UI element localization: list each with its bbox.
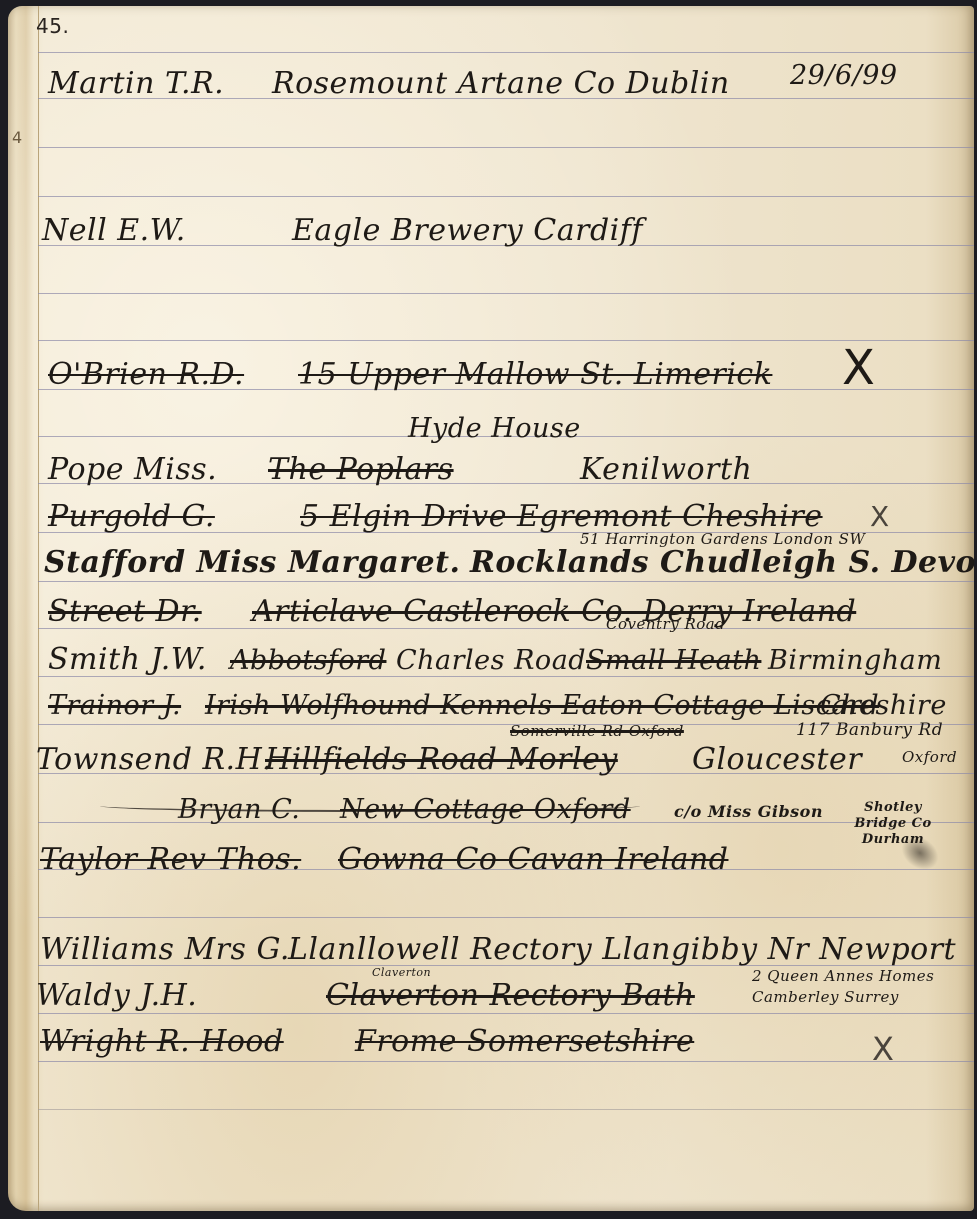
entry-address: 15 Upper Mallow St. Limerick — [298, 357, 772, 392]
entry-county-alt: Oxford — [902, 748, 957, 766]
page-binding-edge — [8, 6, 39, 1211]
entry-county: Gloucester — [692, 742, 862, 777]
entry-address: Llanllowell Rectory Llangibby Nr Newport — [288, 932, 956, 967]
ruled-line — [38, 340, 974, 341]
entry-address-struck: New Cottage Oxford — [340, 794, 631, 825]
entry-address: Gowna Co Cavan Ireland — [338, 842, 728, 877]
entry-town: Kenilworth — [580, 452, 752, 487]
entry-address-insert: Hyde House — [408, 413, 581, 444]
entry-name: Pope Miss. — [48, 452, 217, 487]
entry-name: Nell E.W. — [42, 213, 186, 248]
ruled-line — [38, 917, 974, 918]
entry-address: Frome Somersetshire — [355, 1024, 694, 1059]
entry-name: Bryan C. — [178, 794, 300, 825]
entry-address: 5 Elgin Drive Egremont Cheshire — [300, 499, 823, 534]
entry-name: Martin T.R. — [48, 66, 224, 101]
entry-name: Williams Mrs G. — [40, 932, 290, 967]
ruled-line — [38, 581, 974, 582]
ruled-line — [38, 196, 974, 197]
ruled-line — [38, 1109, 974, 1110]
ruled-line — [38, 1061, 974, 1062]
ruled-line — [38, 52, 974, 53]
entry-name: Street Dr. — [48, 594, 202, 629]
entry-address: Articlave Castlerock Co. Derry Ireland — [252, 594, 856, 629]
entry-address-struck: Irish Wolfhound Kennels Eaton Cottage Li… — [205, 690, 879, 721]
entry-address: Eagle Brewery Cardiff — [292, 213, 643, 248]
entry-alt-address-line1: 2 Queen Annes Homes — [752, 967, 934, 985]
entry-county: Cheshire — [820, 690, 947, 721]
entry-alt-address: Shotley Bridge Co Durham — [838, 800, 948, 848]
entry-name: Purgold G. — [48, 499, 215, 534]
entry-insert: 117 Banbury Rd — [796, 720, 943, 740]
entry-name: Waldy J.H. — [36, 978, 197, 1013]
entry-insert-struck: Somerville Rd Oxford — [510, 722, 684, 740]
entry-name: Smith J.W. — [48, 642, 207, 677]
ruled-line — [38, 147, 974, 148]
entry-district-struck: Small Heath — [586, 645, 761, 676]
entry-address-struck: The Poplars — [268, 452, 454, 487]
ruled-line — [38, 1013, 974, 1014]
entry-name: Taylor Rev Thos. — [40, 842, 301, 877]
entry-town: Birmingham — [768, 645, 942, 676]
cross-mark: X — [870, 500, 890, 533]
ruled-line — [38, 293, 974, 294]
entry-care-of: c/o Miss Gibson — [674, 802, 823, 821]
margin-mark: 4 — [12, 128, 23, 147]
entry-address-struck: Claverton Rectory Bath — [326, 978, 695, 1013]
entry-district-insert: Coventry Road — [606, 615, 725, 633]
entry-name: Townsend R.H. — [36, 742, 272, 777]
entry-date: 29/6/99 — [790, 60, 898, 91]
entry-name: Stafford Miss Margaret. — [44, 545, 460, 580]
entry-name: Wright R. Hood — [40, 1024, 284, 1059]
entry-street-name: Charles Road — [396, 645, 586, 676]
entry-name: Trainor J. — [48, 690, 181, 721]
entry-alt-address-line2: Camberley Surrey — [752, 988, 899, 1006]
entry-house-struck: Abbotsford — [230, 645, 386, 676]
page-number: 45. — [36, 14, 69, 38]
cross-mark: X — [872, 1030, 894, 1068]
entry-address: Rosemount Artane Co Dublin — [272, 66, 730, 101]
entry-name: O'Brien R.D. — [48, 357, 244, 392]
entry-address: Rocklands Chudleigh S. Devon — [470, 545, 977, 580]
cross-mark: X — [842, 340, 875, 396]
entry-address-struck: Hillfields Road Morley — [265, 742, 618, 777]
